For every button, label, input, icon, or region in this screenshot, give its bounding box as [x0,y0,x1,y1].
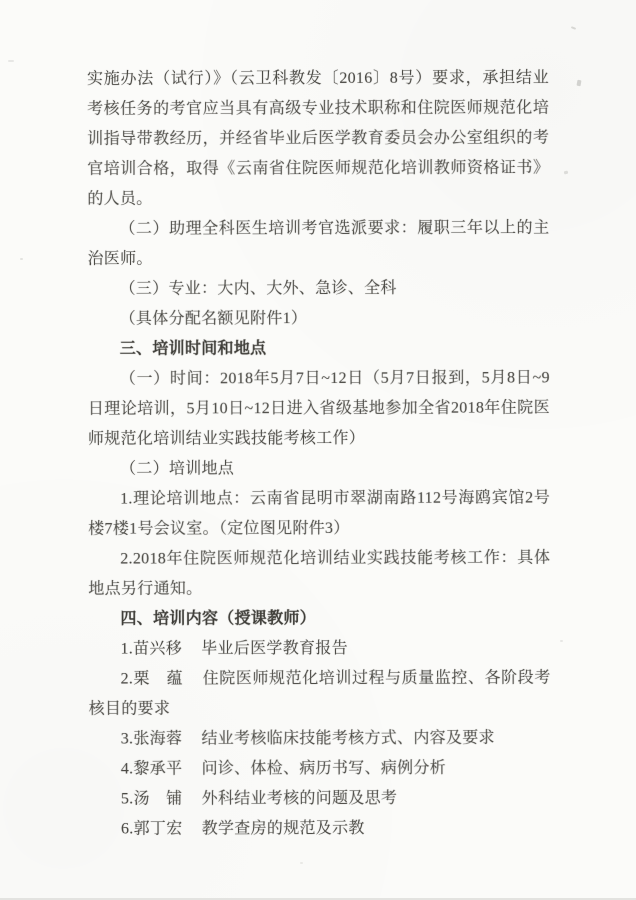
lecturer-name: 黎承平 [133,760,182,777]
lecturer-name: 郭丁宏 [134,820,183,837]
document-body: 实施办法（试行）》（云卫科教发〔2016〕8号）要求，承担结业考核任务的考官应当… [87,63,551,844]
lecture-topic: 问诊、体检、病历书写、病例分析 [202,760,447,778]
scan-speckle [577,80,582,87]
paragraph-item-3: （三）专业：大内、大外、急诊、全科 [88,273,550,304]
lecturer-name: 张海蓉 [133,730,182,747]
lecture-number: 5. [121,790,134,807]
section-heading-3: 三、培训时间和地点 [88,333,550,364]
lecture-item-4: 4.黎承平问诊、体检、病历书写、病例分析 [89,753,551,784]
lecture-number: 6. [121,820,134,837]
paragraph-continued: 实施办法（试行）》（云卫科教发〔2016〕8号）要求，承担结业考核任务的考官应当… [87,63,549,214]
paragraph-location-2: 2.2018年住院医师规范化培训结业实践技能考核工作：具体地点另行通知。 [88,543,550,604]
lecturer-name: 汤 铺 [133,790,182,807]
scan-speckle [20,258,23,260]
lecture-number: 4. [121,760,134,777]
scan-speckle [300,862,303,864]
paragraph-location-1: 1.理论培训地点：云南省昆明市翠湖南路112号海鸥宾馆2号楼7楼1号会议室。（定… [88,483,550,544]
paragraph-quota-note: （具体分配名额见附件1） [88,303,550,334]
paragraph-item-2: （二）助理全科医生培训考官选派要求：履职三年以上的主治医师。 [87,213,549,274]
lecture-number: 3. [121,730,134,747]
paragraph-location-head: （二）培训地点 [88,453,550,484]
lecture-item-1: 1.苗兴移毕业后医学教育报告 [88,633,550,664]
lecture-topic: 结业考核临床技能考核方式、内容及要求 [201,730,494,748]
lecturer-name: 苗兴移 [133,640,182,657]
section-heading-4: 四、培训内容（授课教师） [88,603,550,634]
lecture-item-3: 3.张海蓉结业考核临床技能考核方式、内容及要求 [89,723,551,754]
lecture-topic: 外科结业考核的问题及思考 [202,790,398,808]
scan-speckle [564,171,569,175]
lecture-item-6: 6.郭丁宏教学查房的规范及示教 [89,813,551,844]
lecturer-name: 栗 蕴 [133,670,183,687]
scan-speckle [571,26,576,30]
lecture-number: 1. [120,640,133,657]
lecture-item-2: 2.栗 蕴住院医师规范化培训过程与质量监控、各阶段考核目的要求 [89,663,551,724]
lecture-item-5: 5.汤 铺外科结业考核的问题及思考 [89,783,551,814]
lecture-topic: 教学查房的规范及示教 [202,820,365,837]
scanned-page: 实施办法（试行）》（云卫科教发〔2016〕8号）要求，承担结业考核任务的考官应当… [0,0,636,900]
lecture-topic: 毕业后医学教育报告 [201,640,348,657]
scan-speckle [560,640,563,642]
paragraph-time: （一）时间：2018年5月7日~12日（5月7日报到，5月8日~9日理论培训，5… [88,363,550,454]
scan-speckle [8,60,14,62]
lecture-number: 2. [121,670,134,687]
